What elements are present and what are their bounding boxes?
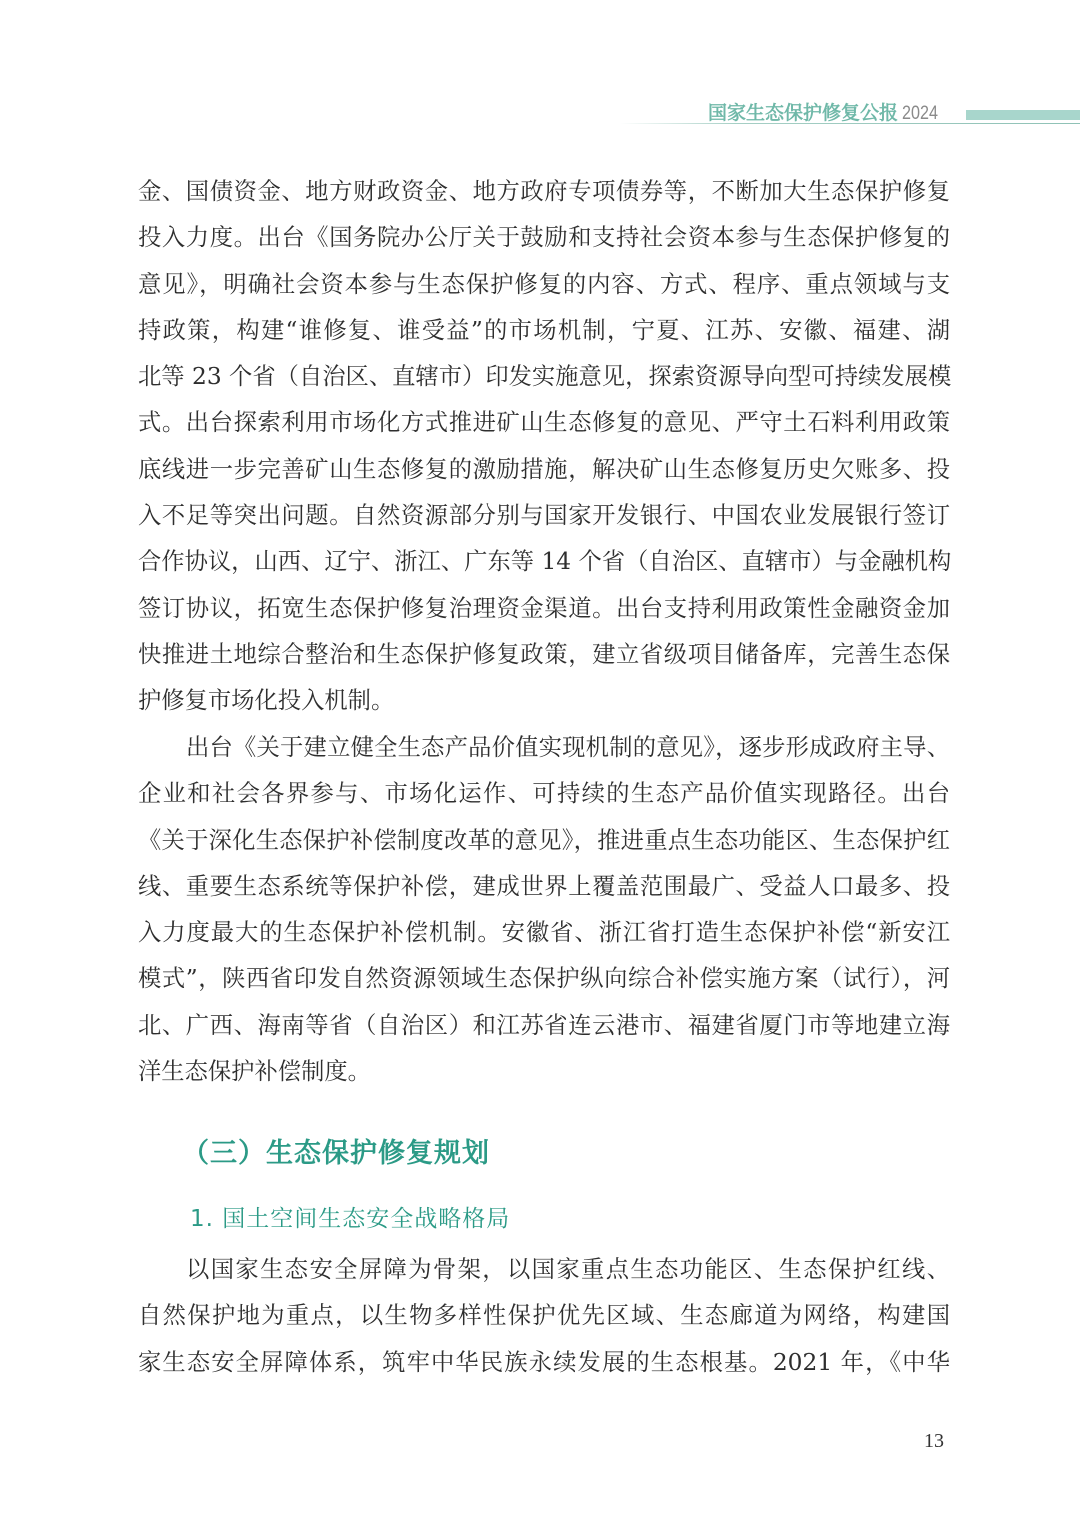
text-line: 模式”，陕西省印发自然资源领域生态保护纵向综合补偿实施方案（试行），河 <box>138 956 950 1002</box>
text-line: 意见》，明确社会资本参与生态保护修复的内容、方式、程序、重点领域与支 <box>138 262 950 308</box>
text-line: 底线进一步完善矿山生态修复的激励措施，解决矿山生态修复历史欠账多、投 <box>138 447 950 493</box>
text-line: 洋生态保护补偿制度。 <box>138 1049 950 1095</box>
section-heading: （三）生态保护修复规划 <box>182 1131 490 1170</box>
text-line: 线、重要生态系统等保护补偿，建成世界上覆盖范围最广、受益人口最多、投 <box>138 864 950 910</box>
header-accent-bar <box>966 110 1080 120</box>
page-number: 13 <box>924 1430 944 1453</box>
paragraph-eco-compensation: 出台《关于建立健全生态产品价值实现机制的意见》，逐步形成政府主导、 企业和社会各… <box>138 725 950 1095</box>
text-line: 自然保护地为重点，以生物多样性保护优先区域、生态廊道为网络，构建国 <box>138 1293 950 1339</box>
text-line: 护修复市场化投入机制。 <box>138 678 950 724</box>
text-line: 以国家生态安全屏障为骨架，以国家重点生态功能区、生态保护红线、 <box>138 1247 950 1293</box>
page-header: 国家生态保护修复公报2024 <box>0 0 1080 130</box>
text-line: 合作协议，山西、辽宁、浙江、广东等 14 个省（自治区、直辖市）与金融机构 <box>138 539 950 585</box>
subsection-heading: 1. 国土空间生态安全战略格局 <box>190 1200 510 1233</box>
text-line: 企业和社会各界参与、市场化运作、可持续的生态产品价值实现路径。出台 <box>138 771 950 817</box>
report-title-text: 国家生态保护修复公报 <box>708 102 898 124</box>
text-line: 式。出台探索利用市场化方式推进矿山生态修复的意见、严守土石料利用政策 <box>138 400 950 446</box>
text-line: 金、国债资金、地方财政资金、地方政府专项债券等，不断加大生态保护修复 <box>138 169 950 215</box>
header-divider <box>620 123 1080 124</box>
text-line: 持政策，构建“谁修复、谁受益”的市场机制，宁夏、江苏、安徽、福建、湖 <box>138 308 950 354</box>
text-line: 出台《关于建立健全生态产品价值实现机制的意见》，逐步形成政府主导、 <box>138 725 950 771</box>
text-line: 投入力度。出台《国务院办公厅关于鼓励和支持社会资本参与生态保护修复的 <box>138 215 950 261</box>
text-line: 快推进土地综合整治和生态保护修复政策，建立省级项目储备库，完善生态保 <box>138 632 950 678</box>
report-title: 国家生态保护修复公报2024 <box>708 98 944 125</box>
text-line: 《关于深化生态保护补偿制度改革的意见》，推进重点生态功能区、生态保护红 <box>138 818 950 864</box>
report-year: 2024 <box>902 103 938 125</box>
text-line: 入力度最大的生态保护补偿机制。安徽省、浙江省打造生态保护补偿“新安江 <box>138 910 950 956</box>
text-line: 北等 23 个省（自治区、直辖市）印发实施意见，探索资源导向型可持续发展模 <box>138 354 950 400</box>
text-line: 北、广西、海南等省（自治区）和江苏省连云港市、福建省厦门市等地建立海 <box>138 1003 950 1049</box>
paragraph-ecological-security: 以国家生态安全屏障为骨架，以国家重点生态功能区、生态保护红线、 自然保护地为重点… <box>138 1247 950 1386</box>
paragraph-funding-mechanisms: 金、国债资金、地方财政资金、地方政府专项债券等，不断加大生态保护修复 投入力度。… <box>138 169 950 725</box>
text-line: 签订协议，拓宽生态保护修复治理资金渠道。出台支持利用政策性金融资金加 <box>138 586 950 632</box>
text-line: 入不足等突出问题。自然资源部分别与国家开发银行、中国农业发展银行签订 <box>138 493 950 539</box>
text-line: 家生态安全屏障体系，筑牢中华民族永续发展的生态根基。2021 年，《中华 <box>138 1340 950 1386</box>
